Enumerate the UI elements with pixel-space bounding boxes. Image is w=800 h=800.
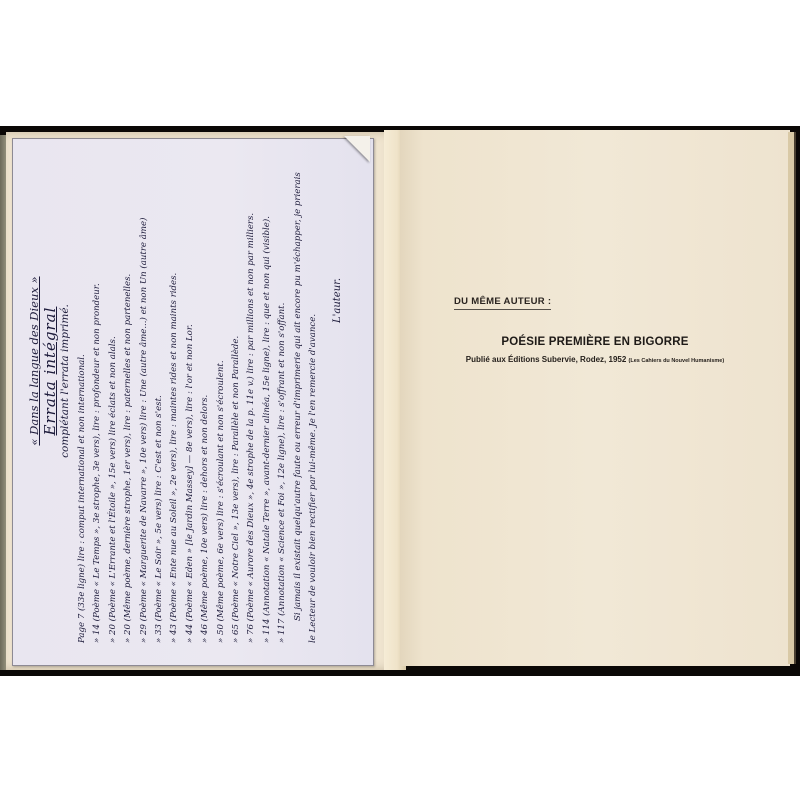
closing-paragraph: Si jamais il existait quelqu'autre faute… <box>291 163 322 643</box>
note-title-word1: Errata <box>41 380 59 435</box>
errata-entry: » 117 (Annotation « Science et Foi », 12… <box>275 159 290 643</box>
book-title: POÉSIE PREMIÈRE EN BIGORRE <box>400 336 790 348</box>
right-page <box>400 130 790 666</box>
note-title: Errata intégral <box>41 159 59 583</box>
publication-line: Publié aux Éditions Subervie, Rodez, 195… <box>400 355 790 364</box>
note-header-line: « Dans la langue des Dieux » <box>27 159 41 563</box>
errata-entry: » 44 (Poème « Eden » [le Jardin Massey] … <box>183 159 198 643</box>
errata-entry: » 76 (Poème « Aurore des Dieux », 4e str… <box>244 159 259 643</box>
handwritten-errata-note: « Dans la langue des Dieux » Errata inté… <box>12 138 374 666</box>
series-info: (Les Cahiers du Nouvel Humanisme) <box>629 358 725 364</box>
errata-entry: » 65 (Poème « Notre Ciel », 13e vers), l… <box>229 159 244 643</box>
errata-entry: » 20 (Poème « L'Errante et l'Étoile », 1… <box>106 159 121 643</box>
errata-entry: » 46 (Même poème, 10e vers) lire : dehor… <box>198 159 213 643</box>
publication-info: Publié aux Éditions Subervie, Rodez, 195… <box>466 355 627 364</box>
note-title-word2: intégral <box>41 307 59 375</box>
errata-entry: Page 7 (33e ligne) lire : comput interna… <box>75 159 90 643</box>
folded-corner-icon <box>344 136 370 162</box>
right-page-edge <box>788 132 796 664</box>
errata-entry: » 20 (Même poème, dernière strophe, 1er … <box>121 159 136 643</box>
signature: L'auteur. <box>332 159 343 323</box>
errata-entry: » 29 (Poème « Marguerite de Navarre », 1… <box>137 159 152 643</box>
errata-entry: » 33 (Poème « Le Soir », 5e vers) lire :… <box>152 159 167 643</box>
errata-entry: » 114 (Annotation « Natale Terre », avan… <box>260 159 275 643</box>
note-subtitle: complétant l'errata imprimé. <box>59 159 71 603</box>
section-heading: DU MÊME AUTEUR : <box>454 296 551 310</box>
errata-entry: » 43 (Poème « Ente nue au Soleil », 2e v… <box>167 159 182 643</box>
errata-note-content: « Dans la langue des Dieux » Errata inté… <box>13 139 373 665</box>
errata-entry: » 14 (Poème « Le Temps », 3e strophe, 3e… <box>90 159 105 643</box>
errata-entry: » 50 (Même poème, 6e vers) lire : s'écro… <box>214 159 229 643</box>
